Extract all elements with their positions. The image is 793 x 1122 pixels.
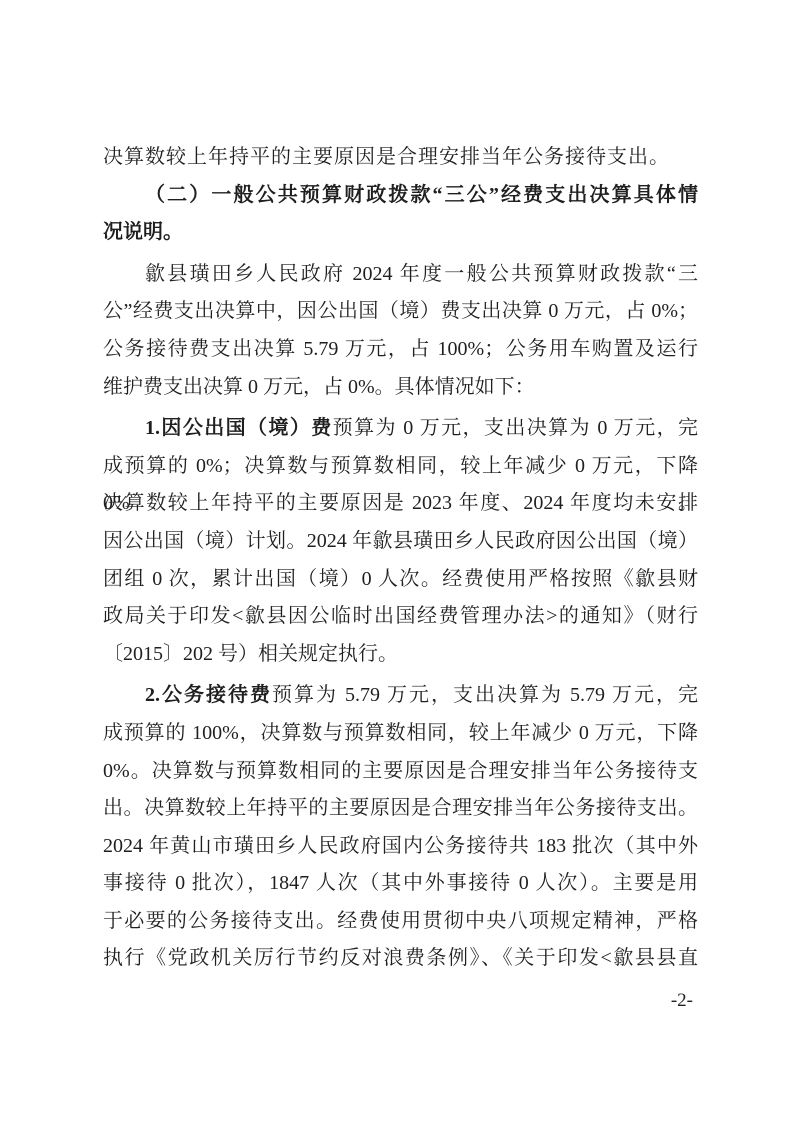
line-text-segment: 〔2015〕202 号）相关规定执行。 xyxy=(103,643,398,665)
line-text-segment: 出。决算数较上年持平的主要原因是合理安排当年公务接待支出。 xyxy=(103,797,698,819)
item1-para-line-7: 〔2015〕202 号）相关规定执行。 xyxy=(103,636,698,674)
line-text-segment: 团组 0 次，累计出国（境）0 人次。经费使用严格按照《歙县财 xyxy=(103,568,698,590)
item1-para-line-2: 成预算的 0%；决算数与预算数相同，较上年减少 0 万元，下降 0%。 xyxy=(103,448,698,486)
item2-para-line-8: 执行《党政机关厉行节约反对浪费条例》、《关于印发<歙县县直 xyxy=(103,940,698,978)
line-bold-segment: 况说明。 xyxy=(103,221,183,243)
line-text-segment: 2024 年黄山市璜田乡人民政府国内公务接待共 183 批次（其中外 xyxy=(103,835,698,857)
line-text-segment: 决算数较上年持平的主要原因是合理安排当年公务接待支出。 xyxy=(103,146,670,168)
line-text-segment: 因公出国（境）计划。2024 年歙县璜田乡人民政府因公出国（境） xyxy=(103,530,698,552)
item1-para-line-4: 因公出国（境）计划。2024 年歙县璜田乡人民政府因公出国（境） xyxy=(103,523,698,561)
line-bold-segment: （二）一般公共预算财政拨款“三公”经费支出决算具体情 xyxy=(145,184,698,206)
item1-para-line-5: 团组 0 次，累计出国（境）0 人次。经费使用严格按照《歙县财 xyxy=(103,561,698,599)
document-body: 决算数较上年持平的主要原因是合理安排当年公务接待支出。 （二）一般公共预算财政拨… xyxy=(103,139,698,978)
line-text-segment: 预算为 5.79 万元，支出决算为 5.79 万元，完 xyxy=(272,684,698,706)
line-text-segment: 歙县璜田乡人民政府 2024 年度一般公共预算财政拨款“三 xyxy=(145,263,698,285)
item2-para-line-1: 2.公务接待费预算为 5.79 万元，支出决算为 5.79 万元，完 xyxy=(103,677,698,715)
item1-para-line-6: 政局关于印发<歙县因公临时出国经费管理办法>的通知》（财行 xyxy=(103,598,698,636)
line-text-segment: 执行《党政机关厉行节约反对浪费条例》、《关于印发<歙县县直 xyxy=(103,947,698,969)
line-bold-segment: 1.因公出国（境）费 xyxy=(145,417,333,439)
line-text-segment: 成预算的 100%，决算数与预算数相同，较上年减少 0 万元，下降 xyxy=(103,722,698,744)
line-text-segment: 公”经费支出决算中，因公出国（境）费支出决算 0 万元，占 0%； xyxy=(103,300,698,322)
line-text-segment: 0%。决算数与预算数相同的主要原因是合理安排当年公务接待支 xyxy=(103,760,698,782)
overview-para-line-3: 公务接待费支出决算 5.79 万元，占 100%；公务用车购置及运行 xyxy=(103,331,698,369)
item2-para-line-3: 0%。决算数与预算数相同的主要原因是合理安排当年公务接待支 xyxy=(103,753,698,791)
para-continuation-line: 决算数较上年持平的主要原因是合理安排当年公务接待支出。 xyxy=(103,139,698,177)
item1-para-line-1: 1.因公出国（境）费预算为 0 万元，支出决算为 0 万元，完 xyxy=(103,410,698,448)
line-text-segment: 决算数较上年持平的主要原因是 2023 年度、2024 年度均未安排 xyxy=(103,492,698,514)
item2-para-line-4: 出。决算数较上年持平的主要原因是合理安排当年公务接待支出。 xyxy=(103,790,698,828)
overview-para-line-1: 歙县璜田乡人民政府 2024 年度一般公共预算财政拨款“三 xyxy=(103,256,698,294)
line-bold-segment: 2.公务接待费 xyxy=(145,684,272,706)
section-heading-line-2: 况说明。 xyxy=(103,214,698,252)
item2-para-line-5: 2024 年黄山市璜田乡人民政府国内公务接待共 183 批次（其中外 xyxy=(103,828,698,866)
line-text-segment: 维护费支出决算 0 万元，占 0%。具体情况如下： xyxy=(103,376,535,398)
line-text-segment: 公务接待费支出决算 5.79 万元，占 100%；公务用车购置及运行 xyxy=(103,338,698,360)
document-page: 决算数较上年持平的主要原因是合理安排当年公务接待支出。 （二）一般公共预算财政拨… xyxy=(0,0,793,1122)
line-text-segment: 预算为 0 万元，支出决算为 0 万元，完 xyxy=(333,417,698,439)
line-text-segment: 事接待 0 批次），1847 人次（其中外事接待 0 人次）。主要是用 xyxy=(103,872,698,894)
line-text-segment: 于必要的公务接待支出。经费使用贯彻中央八项规定精神，严格 xyxy=(103,910,698,932)
item2-para-line-7: 于必要的公务接待支出。经费使用贯彻中央八项规定精神，严格 xyxy=(103,903,698,941)
item1-para-line-3: 决算数较上年持平的主要原因是 2023 年度、2024 年度均未安排 xyxy=(103,485,698,523)
overview-para-line-2: 公”经费支出决算中，因公出国（境）费支出决算 0 万元，占 0%； xyxy=(103,293,698,331)
item2-para-line-2: 成预算的 100%，决算数与预算数相同，较上年减少 0 万元，下降 xyxy=(103,715,698,753)
page-number: -2- xyxy=(671,989,693,1013)
item2-para-line-6: 事接待 0 批次），1847 人次（其中外事接待 0 人次）。主要是用 xyxy=(103,865,698,903)
overview-para-line-4: 维护费支出决算 0 万元，占 0%。具体情况如下： xyxy=(103,369,698,407)
section-heading-line-1: （二）一般公共预算财政拨款“三公”经费支出决算具体情 xyxy=(103,177,698,215)
line-text-segment: 政局关于印发<歙县因公临时出国经费管理办法>的通知》（财行 xyxy=(103,605,698,627)
